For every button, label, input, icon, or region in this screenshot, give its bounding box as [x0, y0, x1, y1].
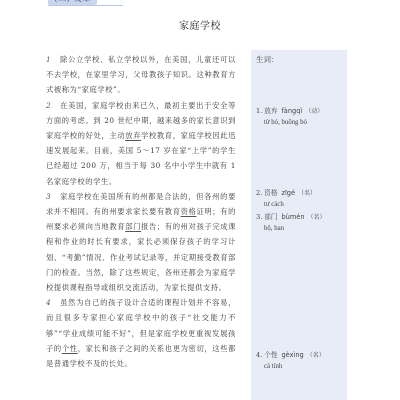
vocabulary-pinyin: zīgé	[281, 189, 295, 197]
vocabulary-meaning: cá tính	[256, 361, 346, 373]
section-tab-label: (二) 文章	[54, 0, 91, 4]
vocabulary-entry: 1.放弃fàngqì（动）từ bỏ, buông bỏ	[256, 105, 346, 129]
article-paragraph: 3家庭学校在美国所有的州都是合法的，但各州的要求并不相同。有的州要求家长要有教育…	[46, 189, 236, 295]
article-paragraph: 1除公立学校、私立学校以外，在美国，儿童还可以不去学校，在家里学习，父母教孩子知…	[46, 52, 236, 98]
vocabulary-word: 放弃	[264, 107, 277, 115]
vocabulary-headword-line: 4.个性gèxìng（名）	[256, 349, 346, 361]
paragraph-number: 2	[46, 98, 60, 113]
vocabulary-word: 部门	[264, 213, 277, 221]
vocabulary-pinyin: fàngqì	[281, 107, 302, 115]
vocabulary-headword-line: 2.资格zīgé（名）	[256, 187, 346, 199]
vocabulary-index: 3.	[256, 213, 262, 221]
vocabulary-highlight: 资格	[181, 207, 197, 216]
document-page: (二) 文章 家庭学校 1除公立学校、私立学校以外，在美国，儿童还可以不去学校，…	[0, 0, 400, 400]
vocabulary-pinyin: bùmén	[281, 213, 304, 221]
paragraph-number: 4	[46, 295, 60, 310]
vocabulary-meaning: tư cách	[256, 199, 346, 211]
vocabulary-part-of-speech: （名）	[308, 214, 326, 221]
section-tab-underline	[48, 5, 123, 6]
vocabulary-headword-line: 3.部门bùmén（名）	[256, 211, 346, 223]
vocabulary-meaning: bộ, ban	[256, 223, 346, 235]
vocabulary-entry: 2.资格zīgé（名）tư cách	[256, 187, 346, 211]
paragraph-number: 3	[46, 189, 60, 204]
vocabulary-entry: 4.个性gèxìng（名）cá tính	[256, 349, 346, 373]
article-paragraph: 2在美国，家庭学校由来已久，最初主要出于安全等方面的考虑。到 20 世纪中期，越…	[46, 98, 236, 189]
vocabulary-highlight: 放弃	[125, 131, 141, 140]
vocabulary-part-of-speech: （名）	[307, 352, 325, 359]
vocabulary-headword-line: 1.放弃fàngqì（动）	[256, 105, 346, 117]
article-body: 1除公立学校、私立学校以外，在美国，儿童还可以不去学校，在家里学习，父母教孩子知…	[46, 52, 236, 371]
section-tab: (二) 文章	[48, 0, 97, 5]
vocabulary-word: 个性	[264, 351, 277, 359]
article-paragraph: 4虽然为自己的孩子设计合适的课程计划并不容易，而且很多专家担心家庭学校中的孩子“…	[46, 295, 236, 371]
vocabulary-entry: 3.部门bùmén（名）bộ, ban	[256, 211, 346, 235]
vocabulary-highlight: 个性	[62, 344, 78, 353]
paragraph-number: 1	[46, 52, 60, 67]
vocabulary-sidebar: 生词： 1.放弃fàngqì（动）từ bỏ, buông bỏ2.资格zīgé…	[251, 50, 347, 400]
vocabulary-word: 资格	[264, 189, 277, 197]
vocabulary-index: 1.	[256, 107, 262, 115]
vocabulary-part-of-speech: （名）	[298, 190, 316, 197]
paragraph-text: 除公立学校、私立学校以外，在美国，儿童还可以不去学校，在家里学习，父母教孩子知识…	[46, 55, 236, 94]
vocabulary-title: 生词：	[256, 54, 279, 65]
page-title: 家庭学校	[0, 17, 400, 32]
vocabulary-highlight: 部门	[125, 222, 141, 231]
paragraph-text: 报告；有的州对孩子完成课程和作业的时长有要求，家长必须保存孩子的学习计划、“考勤…	[46, 222, 236, 292]
vocabulary-meaning: từ bỏ, buông bỏ	[256, 117, 346, 129]
vocabulary-pinyin: gèxìng	[281, 351, 303, 359]
vocabulary-part-of-speech: （动）	[305, 108, 323, 115]
vocabulary-index: 4.	[256, 351, 262, 359]
vocabulary-index: 2.	[256, 189, 262, 197]
